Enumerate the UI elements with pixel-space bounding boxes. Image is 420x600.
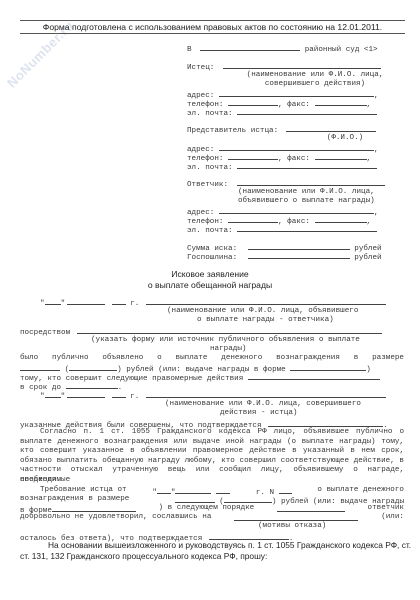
document-title: Исковое заявление — [0, 269, 420, 280]
law-paragraph: Согласно п. 1 ст. 1055 Гражданского коде… — [20, 428, 404, 486]
day-field[interactable] — [157, 486, 171, 494]
court-name-field[interactable] — [200, 43, 300, 51]
hint-defendant-2: о выплате награды - ответчика) — [197, 316, 334, 326]
amount-words-field[interactable] — [69, 363, 117, 371]
announcement-source-field[interactable] — [77, 326, 382, 334]
court-suffix: районный суд <1> — [305, 46, 378, 54]
representative-label: Представитель истца: — [187, 127, 278, 135]
demand-line-4: добровольно не удовлетворил, сославшись … — [20, 513, 404, 523]
procedure-field[interactable] — [277, 504, 345, 512]
month-field[interactable] — [175, 486, 211, 494]
day-field[interactable] — [45, 297, 61, 305]
demand-form-field[interactable] — [52, 504, 136, 512]
representative-name-field[interactable] — [286, 124, 376, 132]
defendant-announcer-field[interactable] — [146, 297, 386, 305]
currency-label: рублей — [354, 254, 381, 262]
final-paragraph-line-2: ст. 131, 132 Гражданского процессуальног… — [20, 551, 267, 562]
refusal-label: добровольно не удовлетворил, сославшись … — [20, 513, 211, 523]
state-duty-field[interactable] — [248, 251, 350, 259]
representative-fax-field[interactable] — [315, 152, 367, 160]
confirmation-field[interactable] — [268, 419, 383, 427]
via-label: посредством — [20, 329, 70, 337]
plaintiff-label: Истец: — [187, 64, 214, 72]
plaintiff-email-field[interactable] — [237, 107, 377, 115]
plaintiff-fax-field[interactable] — [315, 98, 367, 106]
deadline-field[interactable] — [66, 381, 118, 389]
defendant-email-field[interactable] — [237, 224, 377, 232]
representative-email-field[interactable] — [237, 161, 377, 169]
final-paragraph-line-1: На основании вышеизложенного и руководст… — [48, 540, 411, 551]
defendant-address-field[interactable] — [219, 206, 374, 214]
defendant-name-field[interactable] — [237, 178, 385, 186]
year-suffix: г. — [130, 393, 139, 401]
hint-plaintiff-2: действия - истца) — [220, 409, 297, 419]
representative-address-field[interactable] — [219, 143, 374, 151]
refusal-reasons-field[interactable] — [234, 513, 358, 521]
court-line: В районный суд <1> — [187, 43, 378, 56]
state-duty-label: Госпошлина: — [187, 254, 237, 262]
year-field[interactable] — [112, 297, 126, 305]
month-field[interactable] — [67, 390, 105, 398]
state-duty-line: Госпошлина: рублей — [187, 251, 382, 264]
or-label: (или: — [381, 513, 404, 523]
plaintiff-phone-field[interactable] — [228, 98, 278, 106]
defendant-phone-field[interactable] — [228, 215, 278, 223]
reward-form-field[interactable] — [290, 363, 366, 371]
claim-sum-field[interactable] — [248, 242, 350, 250]
demand-number-field[interactable] — [279, 486, 292, 494]
month-field[interactable] — [67, 297, 105, 305]
year-field[interactable] — [216, 486, 230, 494]
defendant-label: Ответчик: — [187, 181, 228, 189]
hint-reasons: (мотивы отказа) — [258, 522, 326, 532]
law-paragraph-end: сведения. — [20, 476, 61, 486]
plaintiff-performer-field[interactable] — [146, 390, 386, 398]
plaintiff-email-line: эл. почта: — [187, 107, 377, 120]
year-suffix: г. — [130, 300, 139, 308]
plaintiff-address-field[interactable] — [219, 89, 374, 97]
form-header-note: Форма подготовлена с использованием прав… — [20, 20, 405, 34]
amount-digits-field[interactable] — [20, 363, 60, 371]
plaintiff-name-field[interactable] — [223, 61, 381, 69]
demand-amount-words-field[interactable] — [224, 495, 272, 503]
defendant-email-line: эл. почта: — [187, 224, 377, 237]
required-actions-field[interactable] — [248, 372, 380, 380]
email-label: эл. почта: — [187, 110, 233, 118]
email-label: эл. почта: — [187, 227, 233, 235]
court-prefix: В — [187, 46, 192, 54]
no-answer-confirmation-field[interactable] — [209, 532, 289, 540]
day-field[interactable] — [45, 390, 61, 398]
document-subtitle: о выплате обещанной награды — [0, 280, 420, 291]
defendant-fax-field[interactable] — [315, 215, 367, 223]
representative-email-line: эл. почта: — [187, 161, 377, 174]
representative-phone-field[interactable] — [228, 152, 278, 160]
demand-amount-digits-field[interactable] — [175, 495, 215, 503]
email-label: эл. почта: — [187, 164, 233, 172]
year-field[interactable] — [112, 390, 126, 398]
